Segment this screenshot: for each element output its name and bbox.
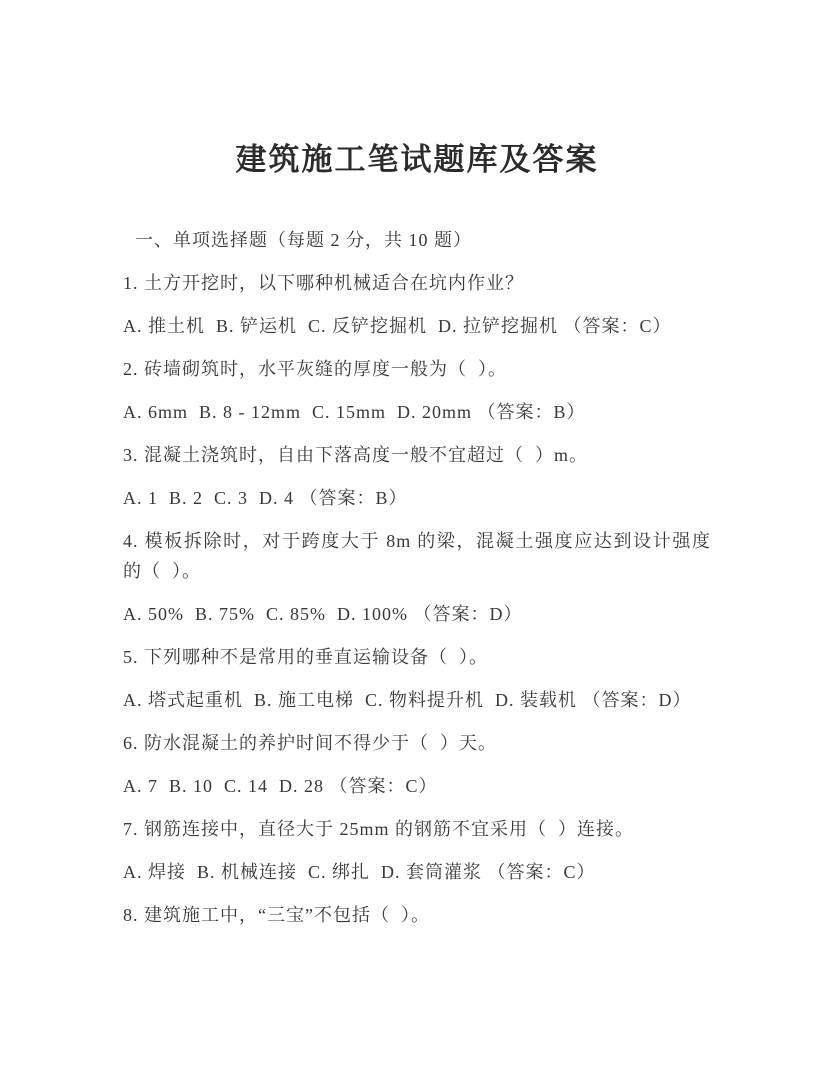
options-text: A. 焊接 B. 机械连接 C. 绑扎 D. 套筒灌浆 （答案：C）: [123, 857, 711, 887]
options-text: A. 塔式起重机 B. 施工电梯 C. 物料提升机 D. 装载机 （答案：D）: [123, 685, 711, 715]
question-block: 2. 砖墙砌筑时，水平灰缝的厚度一般为（ ）。 A. 6mm B. 8 - 12…: [123, 354, 711, 427]
question-text: 6. 防水混凝土的养护时间不得少于（ ）天。: [123, 728, 711, 758]
options-text: A. 6mm B. 8 - 12mm C. 15mm D. 20mm （答案：B…: [123, 397, 711, 427]
question-text: 2. 砖墙砌筑时，水平灰缝的厚度一般为（ ）。: [123, 354, 711, 384]
options-text: A. 7 B. 10 C. 14 D. 28 （答案：C）: [123, 771, 711, 801]
document-body: 一、单项选择题（每题 2 分，共 10 题） 1. 土方开挖时，以下哪种机械适合…: [123, 225, 711, 930]
question-block: 3. 混凝土浇筑时，自由下落高度一般不宜超过（ ）m。 A. 1 B. 2 C.…: [123, 440, 711, 513]
question-text: 7. 钢筋连接中，直径大于 25mm 的钢筋不宜采用（ ）连接。: [123, 814, 711, 844]
options-text: A. 推土机 B. 铲运机 C. 反铲挖掘机 D. 拉铲挖掘机 （答案：C）: [123, 311, 711, 341]
options-text: A. 1 B. 2 C. 3 D. 4 （答案：B）: [123, 483, 711, 513]
question-block: 6. 防水混凝土的养护时间不得少于（ ）天。 A. 7 B. 10 C. 14 …: [123, 728, 711, 801]
question-block: 5. 下列哪种不是常用的垂直运输设备（ ）。 A. 塔式起重机 B. 施工电梯 …: [123, 642, 711, 715]
question-text: 3. 混凝土浇筑时，自由下落高度一般不宜超过（ ）m。: [123, 440, 711, 470]
options-text: A. 50% B. 75% C. 85% D. 100% （答案：D）: [123, 599, 711, 629]
question-block: 7. 钢筋连接中，直径大于 25mm 的钢筋不宜采用（ ）连接。 A. 焊接 B…: [123, 814, 711, 887]
question-text: 1. 土方开挖时，以下哪种机械适合在坑内作业？: [123, 268, 711, 298]
question-block: 4. 模板拆除时，对于跨度大于 8m 的梁，混凝土强度应达到设计强度的（ ）。 …: [123, 526, 711, 629]
document-page: 建筑施工笔试题库及答案 一、单项选择题（每题 2 分，共 10 题） 1. 土方…: [0, 0, 834, 1080]
section-heading: 一、单项选择题（每题 2 分，共 10 题）: [123, 225, 711, 255]
document-title: 建筑施工笔试题库及答案: [0, 0, 834, 178]
question-text: 5. 下列哪种不是常用的垂直运输设备（ ）。: [123, 642, 711, 672]
question-text: 4. 模板拆除时，对于跨度大于 8m 的梁，混凝土强度应达到设计强度的（ ）。: [123, 526, 711, 586]
question-block: 8. 建筑施工中，“三宝”不包括（ ）。: [123, 900, 711, 930]
question-block: 1. 土方开挖时，以下哪种机械适合在坑内作业？ A. 推土机 B. 铲运机 C.…: [123, 268, 711, 341]
question-text: 8. 建筑施工中，“三宝”不包括（ ）。: [123, 900, 711, 930]
